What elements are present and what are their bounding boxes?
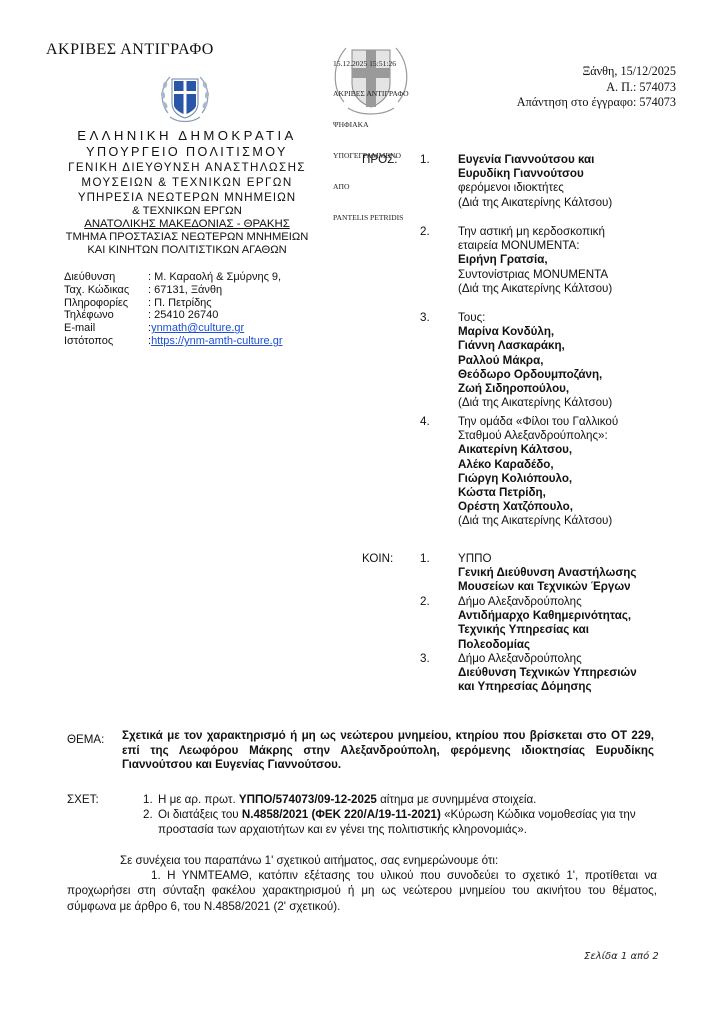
agency-header: ΕΛΛΗΝΙΚΗ ΔΗΜΟΚΡΑΤΙΑ ΥΠΟΥΡΓΕΙΟ ΠΟΛΙΤΙΣΜΟΥ… bbox=[60, 128, 314, 257]
signature-line: PANTELIS PETRIDIS bbox=[333, 213, 409, 223]
item-line: (Διά της Αικατερίνης Κάλτσου) bbox=[458, 282, 698, 296]
subject-text: Σχετικά με τον χαρακτηρισμό ή μη ως νεώτ… bbox=[122, 729, 654, 773]
contact-row-email: E-mail : ynmath@culture.gr bbox=[64, 322, 283, 335]
item-line: Αικατερίνη Κάλτσου, bbox=[458, 443, 698, 457]
agency-line: ΓΕΝΙΚΗ ΔΙΕΥΘΥΝΣΗ ΑΝΑΣΤΗΛΩΣΗΣ bbox=[60, 160, 314, 175]
item-body: ΥΠΠΟΓενική Διεύθυνση ΑναστήλωσηςΜουσείων… bbox=[458, 552, 698, 595]
page-number: Σελίδα 1 από 2 bbox=[584, 951, 659, 962]
item-line: Σταθμού Αλεξανδρούπολης»: bbox=[458, 429, 698, 443]
item-body: Ευγενία Γιαννούτσου καιΕυρυδίκη Γιαννούτ… bbox=[458, 153, 698, 210]
item-line: Δήμο Αλεξανδρούπολης bbox=[458, 652, 698, 666]
item-number: 2. bbox=[143, 807, 153, 822]
agency-line: ΥΠΟΥΡΓΕΙΟ ΠΟΛΙΤΙΣΜΟΥ bbox=[60, 144, 314, 160]
body-intro: Σε συνέχεια του παραπάνω 1' σχετικού αιτ… bbox=[67, 853, 657, 868]
contact-row-postal: Ταχ. Κώδικας : 67131, Ξάνθη bbox=[64, 284, 283, 297]
item-number: 3. bbox=[420, 652, 430, 666]
item-line: Γιώργη Κολιόπουλο, bbox=[458, 472, 698, 486]
item-line: Γιάννη Λασκαράκη, bbox=[458, 339, 698, 353]
item-number: 4. bbox=[420, 415, 430, 429]
contact-info: Διεύθυνση : Μ. Καραολή & Σμύρνης 9, Ταχ.… bbox=[64, 271, 283, 348]
item-line: και Υπηρεσίας Δόμησης bbox=[458, 680, 698, 694]
item-line: (Διά της Αικατερίνης Κάλτσου) bbox=[458, 196, 698, 210]
item-line: εταιρεία MONUMENTA: bbox=[458, 239, 698, 253]
signature-line: ΨΗΦΙΑΚΑ bbox=[333, 120, 409, 130]
contact-value: : Μ. Καραολή & Σμύρνης 9, bbox=[148, 271, 281, 284]
item-line: (Διά της Αικατερίνης Κάλτσου) bbox=[458, 514, 698, 528]
item-line: Τεχνικής Υπηρεσίας και bbox=[458, 623, 698, 637]
contact-value: : 25410 26740 bbox=[148, 309, 218, 322]
item-line: Αντιδήμαρχο Καθημερινότητας, bbox=[458, 609, 698, 623]
subject-label: ΘΕΜΑ: bbox=[67, 733, 104, 748]
contact-row-phone: Τηλέφωνο : 25410 26740 bbox=[64, 309, 283, 322]
item-line: Αλέκο Καραδέδο, bbox=[458, 458, 698, 472]
item-line: φερόμενοι ιδιοκτήτες bbox=[458, 181, 698, 195]
contact-label: Ιστότοπος bbox=[64, 335, 148, 348]
agency-line: ΥΠΗΡΕΣΙΑ ΝΕΩΤΕΡΩΝ ΜΝΗΜΕΙΩΝ bbox=[60, 190, 314, 205]
item-line: Κώστα Πετρίδη, bbox=[458, 486, 698, 500]
to-label: ΠΡΟΣ: bbox=[362, 153, 398, 167]
email-link[interactable]: ynmath@culture.gr bbox=[151, 322, 244, 335]
item-line: Διεύθυνση Τεχνικών Υπηρεσιών bbox=[458, 666, 698, 680]
item-line: Μαρίνα Κονδύλη, bbox=[458, 325, 698, 339]
item-number: 1. bbox=[420, 552, 430, 566]
contact-label: Πληροφορίες bbox=[64, 297, 148, 310]
item-line: Την αστική μη κερδοσκοπική bbox=[458, 225, 698, 239]
item-line: Γενική Διεύθυνση Αναστήλωσης bbox=[458, 566, 698, 580]
item-line: Ζωή Σιδηροπούλου, bbox=[458, 382, 698, 396]
item-line: Μουσείων και Τεχνικών Έργων bbox=[458, 580, 698, 594]
agency-line-region: ΑΝΑΤΟΛΙΚΗΣ ΜΑΚΕΔΟΝΙΑΣ - ΘΡΑΚΗΣ bbox=[60, 218, 314, 231]
protocol-number: Α. Π.: 574073 bbox=[517, 80, 676, 96]
item-line: Ραλλού Μάκρα, bbox=[458, 354, 698, 368]
agency-line: ΜΟΥΣΕΙΩΝ & ΤΕΧΝΙΚΩΝ ΕΡΓΩΝ bbox=[60, 175, 314, 190]
signature-line: 15.12.2025 15:51:26 bbox=[333, 59, 409, 69]
item-line: Ειρήνη Γρατσία, bbox=[458, 253, 698, 267]
contact-label: Τηλέφωνο bbox=[64, 309, 148, 322]
item-number: 2. bbox=[420, 225, 430, 239]
item-text: Η με αρ. πρωτ. ΥΠΠΟ/574073/09-12-2025 αί… bbox=[158, 792, 663, 807]
item-body: Τους:Μαρίνα Κονδύλη,Γιάννη Λασκαράκη,Ραλ… bbox=[458, 311, 698, 410]
item-line: Συντονίστριας MONUMENTA bbox=[458, 268, 698, 282]
body-text: Σε συνέχεια του παραπάνω 1' σχετικού αιτ… bbox=[67, 853, 657, 914]
item-number: 1. bbox=[143, 792, 153, 807]
greek-coat-of-arms-icon bbox=[158, 69, 212, 127]
item-line: Ευγενία Γιαννούτσου και bbox=[458, 153, 698, 167]
agency-line: ΤΜΗΜΑ ΠΡΟΣΤΑΣΙΑΣ ΝΕΩΤΕΡΩΝ ΜΝΗΜΕΙΩΝ bbox=[60, 231, 314, 244]
reference-block: Ξάνθη, 15/12/2025 Α. Π.: 574073 Απάντηση… bbox=[517, 64, 676, 111]
digital-signature-text: 15.12.2025 15:51:26 ΑΚΡΙΒΕΣ ΑΝΤΙΓΡΑΦΟ ΨΗ… bbox=[333, 38, 409, 234]
item-text: Οι διατάξεις του Ν.4858/2021 (ΦΕΚ 220/Α/… bbox=[158, 807, 663, 837]
item-line: Δήμο Αλεξανδρούπολης bbox=[458, 595, 698, 609]
place-date: Ξάνθη, 15/12/2025 bbox=[517, 64, 676, 80]
cc-label: ΚΟΙΝ: bbox=[362, 552, 393, 566]
item-line: Ευρυδίκη Γιαννούτσου bbox=[458, 167, 698, 181]
item-number: 3. bbox=[420, 311, 430, 325]
item-number: 1. bbox=[420, 153, 430, 167]
item-body: Την αστική μη κερδοσκοπικήεταιρεία MONUM… bbox=[458, 225, 698, 296]
contact-value: : 67131, Ξάνθη bbox=[148, 284, 222, 297]
item-number: 2. bbox=[420, 595, 430, 609]
item-body: Την ομάδα «Φίλοι του ΓαλλικούΣταθμού Αλε… bbox=[458, 415, 698, 529]
contact-row-website: Ιστότοπος : https://ynm-amth-culture.gr bbox=[64, 335, 283, 348]
contact-label: Διεύθυνση bbox=[64, 271, 148, 284]
agency-line: & ΤΕΧΝΙΚΩΝ ΕΡΓΩΝ bbox=[60, 205, 314, 218]
item-line: (Διά της Αικατερίνης Κάλτσου) bbox=[458, 396, 698, 410]
item-body: Δήμο ΑλεξανδρούποληςΔιεύθυνση Τεχνικών Υ… bbox=[458, 652, 698, 695]
contact-label: E-mail bbox=[64, 322, 148, 335]
signature-line: ΑΠΟ bbox=[333, 182, 409, 192]
body-point-1: 1. Η ΥΝΜΤΕΑΜΘ, κατόπιν εξέτασης του υλικ… bbox=[67, 868, 657, 914]
contact-row-info: Πληροφορίες : Π. Πετρίδης bbox=[64, 297, 283, 310]
item-line: Θεόδωρο Ορδουμποζάνη, bbox=[458, 368, 698, 382]
item-line: Τους: bbox=[458, 311, 698, 325]
item-line: Ορέστη Χατζόπουλο, bbox=[458, 500, 698, 514]
website-link[interactable]: https://ynm-amth-culture.gr bbox=[151, 335, 282, 348]
certified-copy-stamp: ΑΚΡΙΒΕΣ ΑΝΤΙΓΡΑΦΟ bbox=[46, 40, 214, 54]
item-body: Δήμο ΑλεξανδρούποληςΑντιδήμαρχο Καθημερι… bbox=[458, 595, 698, 652]
contact-value: : Π. Πετρίδης bbox=[148, 297, 212, 310]
contact-label: Ταχ. Κώδικας bbox=[64, 284, 148, 297]
item-line: Πολεοδομίας bbox=[458, 638, 698, 652]
agency-line: ΚΑΙ ΚΙΝΗΤΩΝ ΠΟΛΙΤΙΣΤΙΚΩΝ ΑΓΑΘΩΝ bbox=[60, 244, 314, 257]
item-line: Την ομάδα «Φίλοι του Γαλλικού bbox=[458, 415, 698, 429]
signature-line: ΑΚΡΙΒΕΣ ΑΝΤΙΓΡΑΦΟ bbox=[333, 89, 409, 99]
contact-row-address: Διεύθυνση : Μ. Καραολή & Σμύρνης 9, bbox=[64, 271, 283, 284]
agency-line: ΕΛΛΗΝΙΚΗ ΔΗΜΟΚΡΑΤΙΑ bbox=[60, 128, 314, 144]
item-line: ΥΠΠΟ bbox=[458, 552, 698, 566]
reply-to-document: Απάντηση στο έγγραφο: 574073 bbox=[517, 95, 676, 111]
related-label: ΣΧΕΤ: bbox=[67, 792, 99, 807]
